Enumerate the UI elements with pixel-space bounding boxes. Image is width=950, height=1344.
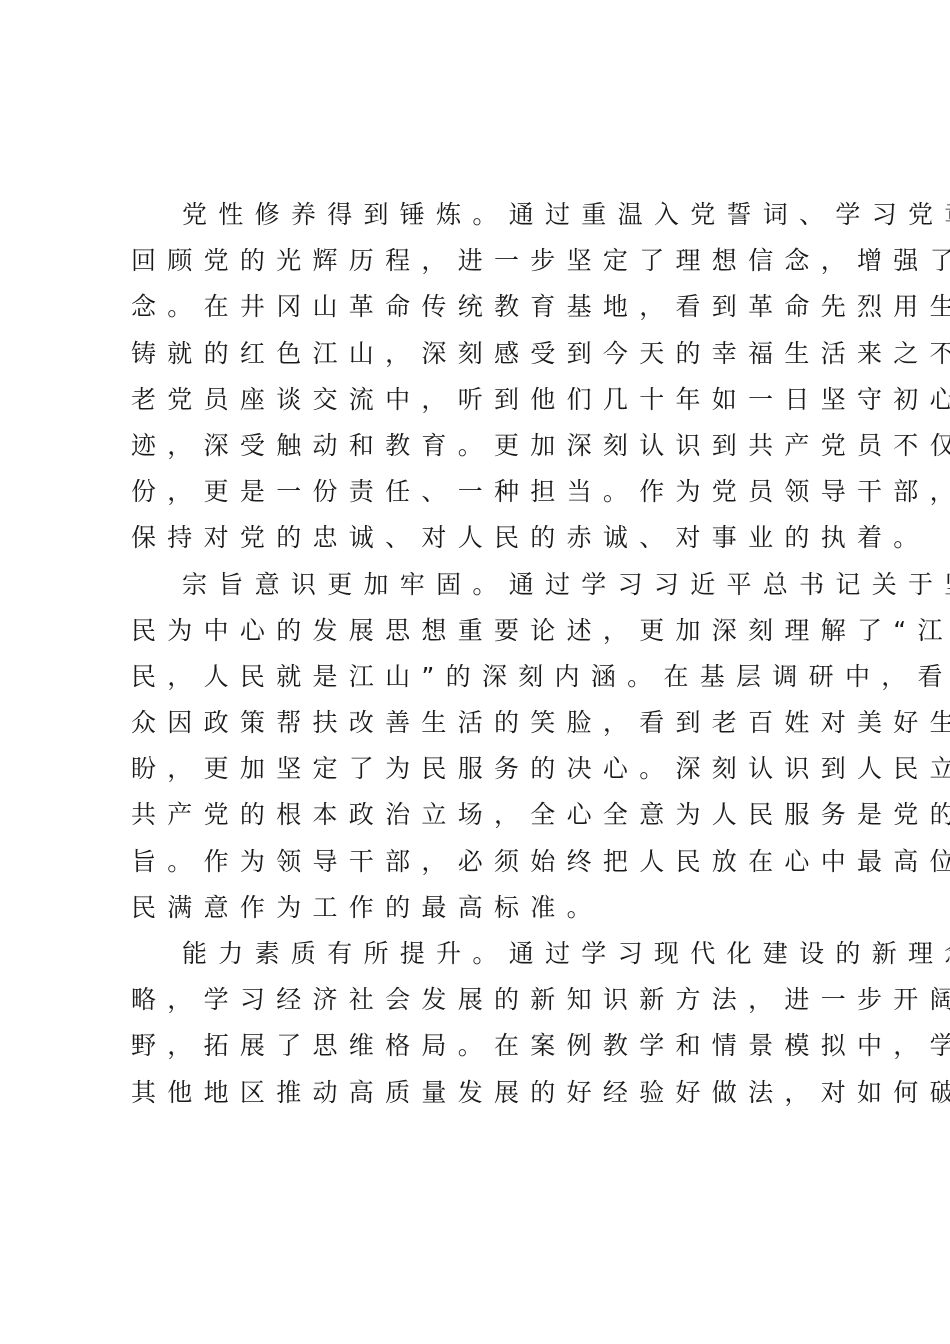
- text-line: 党性修养得到锤炼。通过重温入党誓词、学习党章党规、: [131, 192, 851, 238]
- document-body: 党性修养得到锤炼。通过重温入党誓词、学习党章党规、 回顾党的光辉历程，进一步坚定…: [131, 192, 851, 1116]
- paragraph-capability: 能力素质有所提升。通过学习现代化建设的新理念新战 略，学习经济社会发展的新知识新…: [131, 931, 851, 1116]
- text-line: 保持对党的忠诚、对人民的赤诚、对事业的执着。: [131, 515, 851, 561]
- text-line: 民为中心的发展思想重要论述，更加深刻理解了“江山就是人: [131, 608, 851, 654]
- text-line: 念。在井冈山革命传统教育基地，看到革命先烈用生命和鲜血: [131, 284, 851, 330]
- text-line: 盼，更加坚定了为民服务的决心。深刻认识到人民立场是中国: [131, 746, 851, 792]
- text-line: 老党员座谈交流中，听到他们几十年如一日坚守初心的感人事: [131, 377, 851, 423]
- text-line: 旨。作为领导干部，必须始终把人民放在心中最高位置，把人: [131, 839, 851, 885]
- text-line: 其他地区推动高质量发展的好经验好做法，对如何破解发展难: [131, 1070, 851, 1116]
- text-line: 共产党的根本政治立场，全心全意为人民服务是党的根本宗: [131, 792, 851, 838]
- text-line: 铸就的红色江山，深刻感受到今天的幸福生活来之不易。在与: [131, 331, 851, 377]
- text-line: 迹，深受触动和教育。更加深刻认识到共产党员不仅是一种身: [131, 423, 851, 469]
- paragraph-purpose-awareness: 宗旨意识更加牢固。通过学习习近平总书记关于坚持以人 民为中心的发展思想重要论述，…: [131, 562, 851, 932]
- text-line: 略，学习经济社会发展的新知识新方法，进一步开阔了眼界视: [131, 977, 851, 1023]
- paragraph-party-spirit: 党性修养得到锤炼。通过重温入党誓词、学习党章党规、 回顾党的光辉历程，进一步坚定…: [131, 192, 851, 562]
- text-line: 野，拓展了思维格局。在案例教学和情景模拟中，学习借鉴了: [131, 1023, 851, 1069]
- document-page: 党性修养得到锤炼。通过重温入党誓词、学习党章党规、 回顾党的光辉历程，进一步坚定…: [0, 0, 950, 1344]
- text-line: 众因政策帮扶改善生活的笑脸，看到老百姓对美好生活的期: [131, 700, 851, 746]
- text-line: 宗旨意识更加牢固。通过学习习近平总书记关于坚持以人: [131, 562, 851, 608]
- text-line: 民满意作为工作的最高标准。: [131, 885, 851, 931]
- text-line: 民，人民就是江山”的深刻内涵。在基层调研中，看到困难群: [131, 654, 851, 700]
- text-line: 能力素质有所提升。通过学习现代化建设的新理念新战: [131, 931, 851, 977]
- text-line: 份，更是一份责任、一种担当。作为党员领导干部，必须始终: [131, 469, 851, 515]
- text-line: 回顾党的光辉历程，进一步坚定了理想信念，增强了党性观: [131, 238, 851, 284]
